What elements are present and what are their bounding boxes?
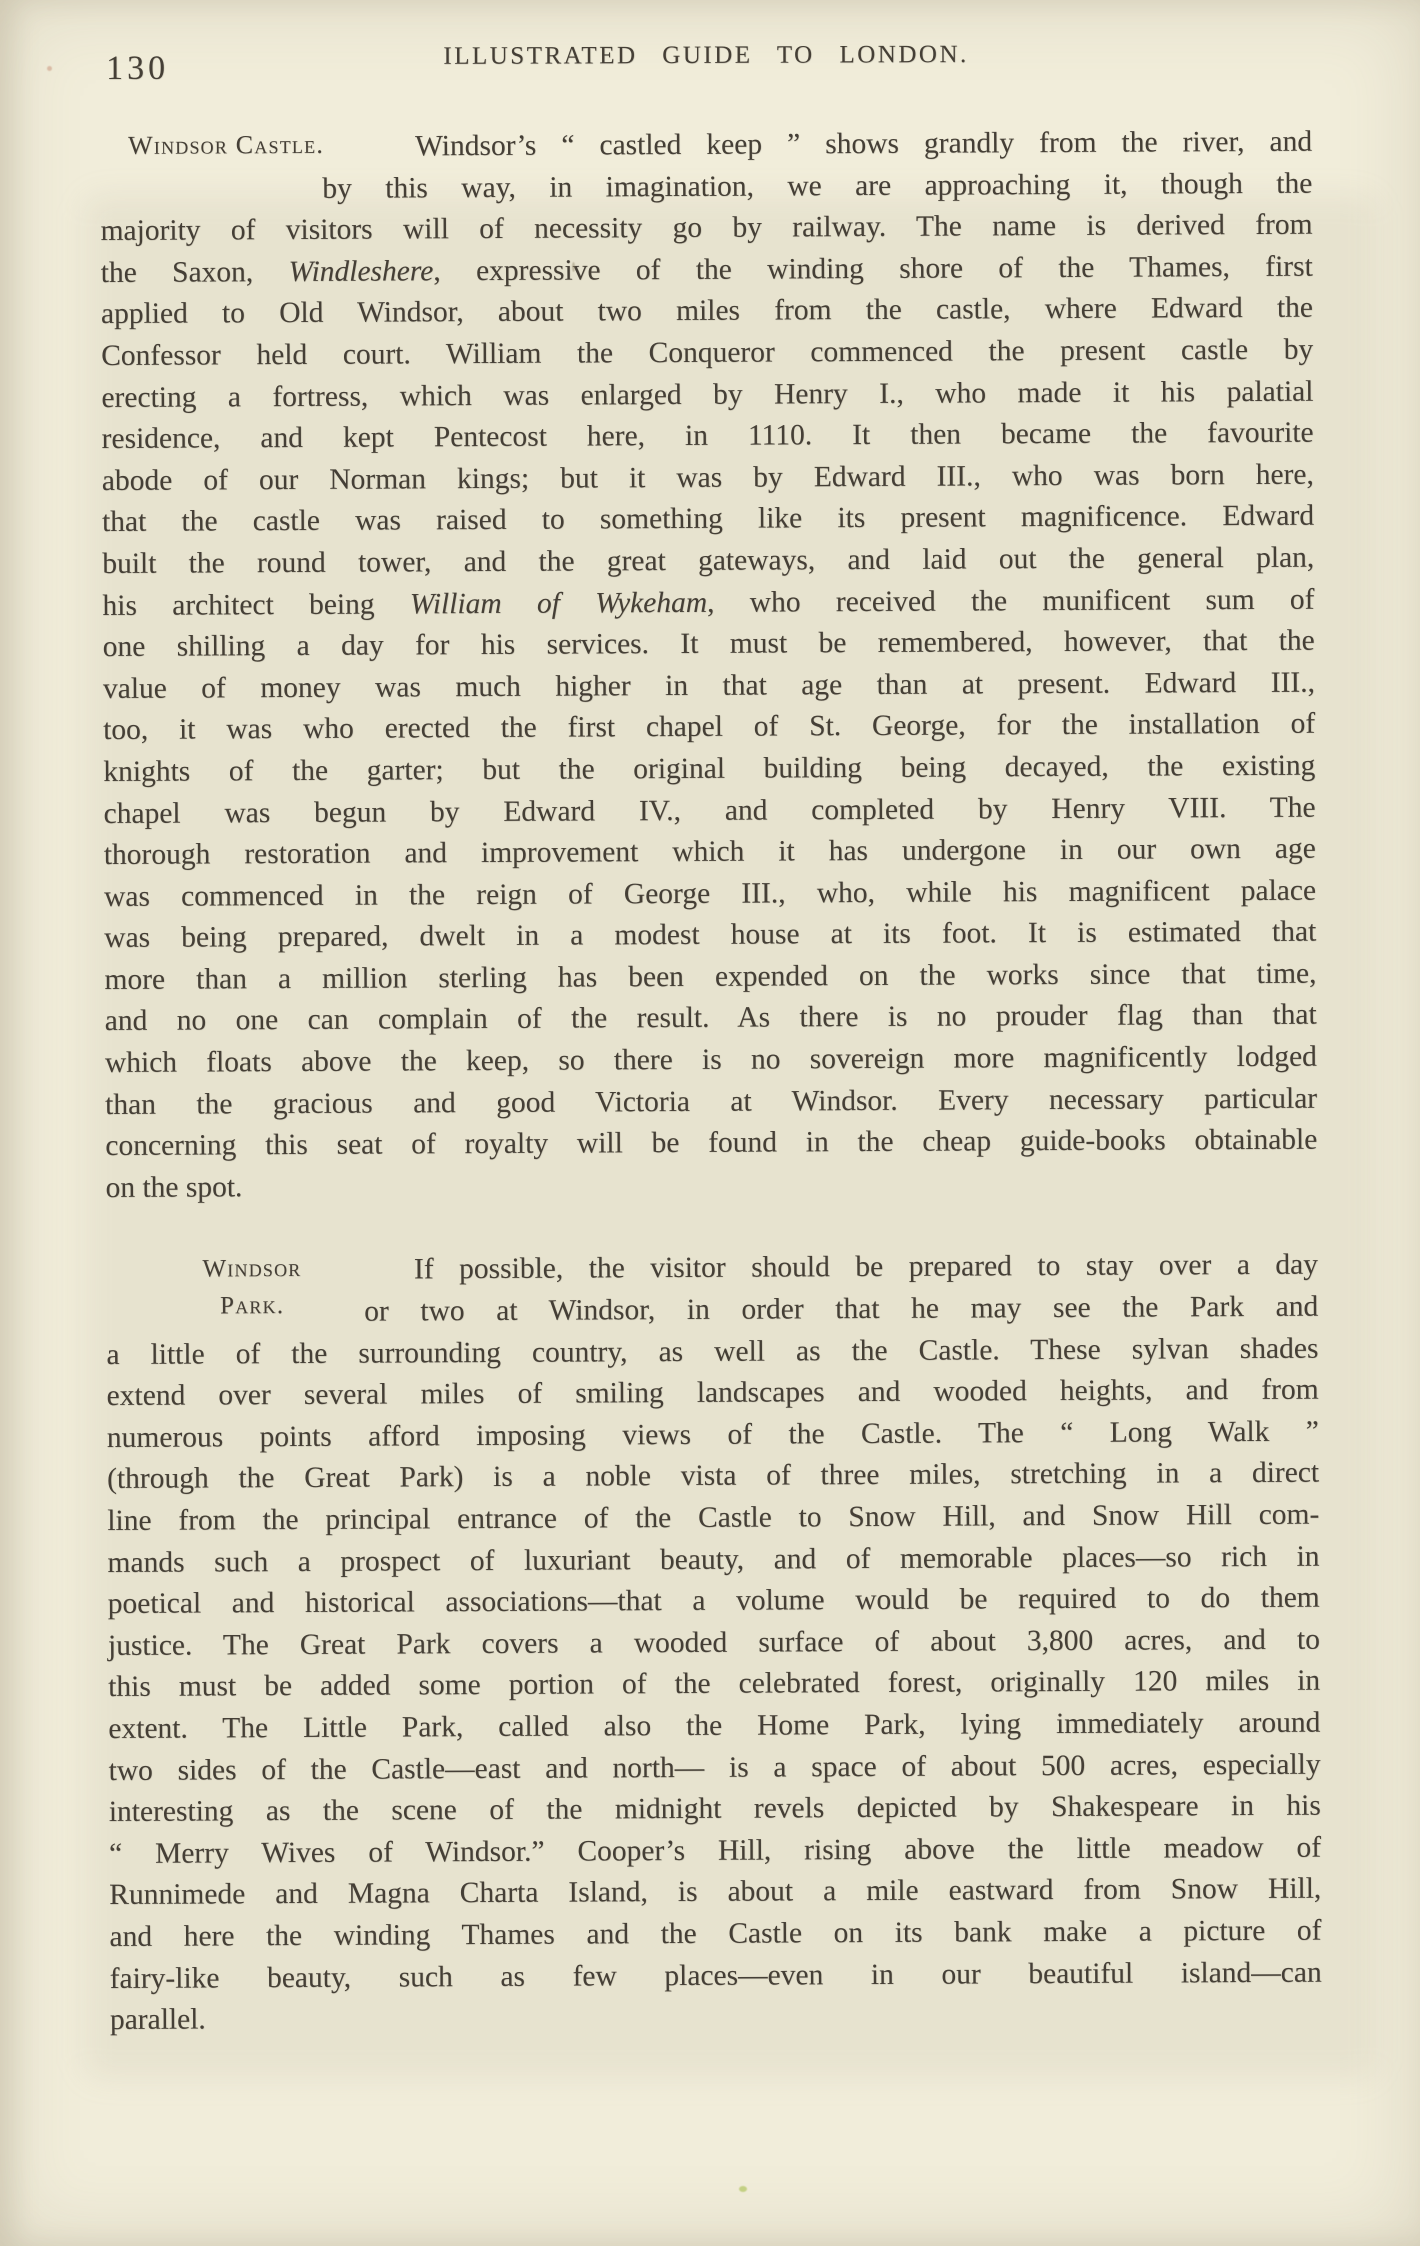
text-line: knights of the garter; but the original …: [103, 746, 1315, 794]
text-line: Runnimede and Magna Charta Island, is ab…: [109, 1869, 1321, 1917]
text-line: applied to Old Windsor, about two miles …: [101, 288, 1313, 336]
section-windsor-park: Windsor Park. If possible, the visitor s…: [106, 1245, 1322, 2042]
paper-stain-pink: [47, 66, 52, 71]
text-line: fairy-like beauty, such as few places—ev…: [110, 1952, 1322, 2000]
text-line: interesting as the scene of the midnight…: [109, 1786, 1321, 1834]
running-title: ILLUSTRATED GUIDE TO LONDON.: [100, 40, 1312, 72]
paper-stain-green: [739, 2186, 747, 2192]
text-line: thorough restoration and improvement whi…: [104, 829, 1316, 877]
text-line: two sides of the Castle—east and north— …: [108, 1744, 1320, 1792]
margin-note-label: Windsor: [184, 1250, 320, 1288]
text-line: this must be added some portion of the c…: [108, 1661, 1320, 1709]
page-header: 130 ILLUSTRATED GUIDE TO LONDON.: [100, 40, 1312, 72]
text-line: than the gracious and good Victoria at W…: [105, 1078, 1317, 1126]
text-line: was being prepared, dwelt in a modest ho…: [104, 912, 1316, 960]
text-line: majority of visitors will of necessity g…: [100, 205, 1312, 253]
text-line: “ Merry Wives of Windsor.” Cooper’s Hill…: [109, 1827, 1321, 1875]
text-line: too, it was who erected the first chapel…: [103, 704, 1315, 752]
text-line: concerning this seat of royalty will be …: [105, 1120, 1317, 1168]
text-line: parallel.: [110, 1994, 1322, 2042]
paper-stain-dust: [572, 262, 575, 272]
text-line: justice. The Great Park covers a wooded …: [108, 1619, 1320, 1667]
text-column: Windsor Castle. Windsor’s “ castled keep…: [100, 122, 1322, 2042]
text-line: on the spot.: [105, 1161, 1317, 1209]
text-line: Windsor’s “ castled keep ” shows grandly…: [415, 122, 1312, 168]
text-line: extent. The Little Park, called also the…: [108, 1703, 1320, 1751]
margin-note-windsor-park: Windsor Park.: [184, 1250, 320, 1325]
text-line: his architect being William of Wykeham, …: [102, 579, 1314, 627]
text-line: abode of our Norman kings; but it was by…: [102, 454, 1314, 502]
text-line: by this way, in imagination, we are appr…: [322, 163, 1312, 210]
text-line: which floats above the keep, so there is…: [105, 1037, 1317, 1085]
paragraph-windsor-castle-lines: Windsor’s “ castled keep ” shows grandly…: [100, 122, 1318, 1210]
text-line: built the round tower, and the great gat…: [102, 538, 1314, 586]
page-number: 130: [106, 50, 169, 88]
text-line: and here the winding Thames and the Cast…: [109, 1911, 1321, 1959]
text-line: erecting a fortress, which was enlarged …: [101, 371, 1313, 419]
text-line: was commenced in the reign of George III…: [104, 870, 1316, 918]
text-line: residence, and kept Pentecost here, in 1…: [102, 413, 1314, 461]
text-line: one shilling a day for his services. It …: [103, 621, 1315, 669]
margin-note-windsor-castle: Windsor Castle.: [128, 130, 324, 161]
text-line: If possible, the visitor should be prepa…: [414, 1245, 1318, 1291]
text-line: that the castle was raised to something …: [102, 496, 1314, 544]
text-line: (through the Great Park) is a noble vist…: [107, 1453, 1319, 1501]
text-line: the Saxon, Windleshere, expressive of th…: [101, 246, 1313, 294]
text-line: poetical and historical associations—tha…: [108, 1578, 1320, 1626]
text-line: Confessor held court. William the Conque…: [101, 330, 1313, 378]
text-line: and no one can complain of the result. A…: [105, 995, 1317, 1043]
paragraph-windsor-park-lines: If possible, the visitor should be prepa…: [106, 1245, 1322, 2042]
text-line: chapel was begun by Edward IV., and comp…: [103, 787, 1315, 835]
text-line: extend over several miles of smiling lan…: [107, 1370, 1319, 1418]
text-line: line from the principal entrance of the …: [107, 1495, 1319, 1543]
margin-note-label: Park.: [184, 1287, 320, 1325]
text-line: more than a million sterling has been ex…: [104, 954, 1316, 1002]
text-line: value of money was much higher in that a…: [103, 662, 1315, 710]
text-line: mands such a prospect of luxuriant beaut…: [107, 1536, 1319, 1584]
text-line: numerous points afford imposing views of…: [107, 1411, 1319, 1459]
section-windsor-castle: Windsor Castle. Windsor’s “ castled keep…: [100, 122, 1318, 1210]
book-page: 130 ILLUSTRATED GUIDE TO LONDON. Windsor…: [0, 0, 1420, 2246]
margin-note-label: Windsor Castle.: [128, 130, 324, 160]
text-line: a little of the surrounding country, as …: [106, 1328, 1318, 1376]
text-line: or two at Windsor, in order that he may …: [364, 1287, 1318, 1334]
